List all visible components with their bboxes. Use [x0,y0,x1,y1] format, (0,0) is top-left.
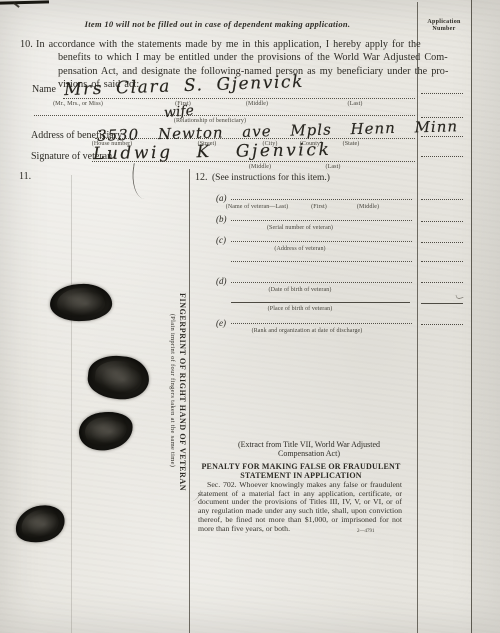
application-number-column-divider [417,2,418,633]
item10-number: 10. [20,39,33,50]
item12c-sublabel: (Address of veteran) [274,246,325,252]
item11-item12-divider [189,169,190,633]
item12c-fill-line-2 [231,261,412,262]
fingerprint-mark-2 [86,353,151,402]
item11-number: 11. [19,171,31,182]
appnum-entry-line-11 [421,324,463,325]
penalty-title-line1: PENALTY FOR MAKING FALSE OR FRAUDULENT [201,462,400,471]
form-code: 2—4791 [357,529,375,534]
scan-edge-mark [0,0,49,4]
name-sublabel-title: (Mr., Mrs., or Miss) [53,101,103,107]
signature-sublabel-middle: (Middle) [249,164,271,170]
item10-text-line2: benefits to which I may be entitled unde… [58,52,448,63]
signature-sublabel-last: (Last) [326,164,341,170]
appnum-entry-line-10 [421,303,463,304]
pencil-mark-small [455,293,463,300]
item10-text-line1: In accordance with the statements made b… [36,39,421,50]
fingerprint-mark-4 [11,500,68,547]
item12a-sublabel-middle: (Middle) [357,204,379,210]
appnum-entry-line-6 [421,221,463,222]
item12c-fill-line [231,241,412,242]
item12a-sublabel-first: (First) [311,204,327,210]
fingerprint-mark-3 [77,408,136,453]
application-number-label: Application Number [419,19,469,32]
penalty-title-line2: STATEMENT IN APPLICATION [240,471,362,480]
appnum-entry-line-8 [421,261,463,262]
appnum-entry-line-7 [421,242,463,243]
item12a-letter: (a) [216,193,227,203]
name-sublabel-last: (Last) [348,101,363,107]
fingerprint-mark-1 [49,282,113,322]
item12d-sublabel: (Date of birth of veteran) [269,287,332,293]
item12a-fill-line [231,199,412,200]
name-sublabel-middle: (Middle) [246,101,268,107]
right-margin-strip [472,0,500,633]
item12b-letter: (b) [216,214,227,224]
fingerprint-note: (Plain imprint of four fingers taken at … [168,293,177,488]
item10-note: Item 10 will not be filled out in case o… [25,19,410,29]
paper-fold-line [71,175,72,633]
name-label: Name [32,84,56,95]
signature-flourish-stroke [128,163,149,199]
item12c-letter: (c) [216,235,226,245]
item12-heading: (See instructions for this item.) [212,173,330,183]
appnum-entry-line-2 [421,117,463,118]
item12b-fill-line [231,220,412,221]
appnum-entry-line-3 [421,136,463,137]
item12d-fill-line [231,282,412,283]
address-sublabel-state: (State) [343,141,360,147]
penalty-extract-line2: Compensation Act) [278,449,340,458]
fingerprint-caption-block: FINGERPRINT OF RIGHT HAND OF VETERAN (Pl… [168,293,188,488]
item12a-sublabel-last: (Name of veteran—Last) [226,204,289,210]
item12e-letter: (e) [216,318,226,328]
item12-place-fill-line [231,302,410,303]
item12b-sublabel: (Serial number of veteran) [267,225,333,231]
appnum-entry-line-1 [421,93,463,94]
penalty-body-text: Sec. 702. Whoever knowingly makes any fa… [198,481,402,533]
penalty-extract-line1: (Extract from Title VII, World War Adjus… [238,440,380,449]
appnum-entry-line-4 [421,156,463,157]
relationship-fill-line [34,115,415,116]
item12-place-sublabel: (Place of birth of veteran) [268,306,333,312]
scanned-form-page: Item 10 will not be filled out in case o… [0,0,500,633]
signature-handwritten-value: Ludwig K Gjenvick [93,140,332,164]
item12e-sublabel: (Rank and organization at date of discha… [252,328,363,334]
application-number-line2: Number [419,26,469,33]
fingerprint-title: FINGERPRINT OF RIGHT HAND OF VETERAN [177,293,188,488]
item12-number: 12. [195,172,208,183]
appnum-entry-line-5 [421,199,463,200]
appnum-entry-line-9 [421,282,463,283]
item12e-fill-line [231,323,412,324]
item12d-letter: (d) [216,276,227,286]
